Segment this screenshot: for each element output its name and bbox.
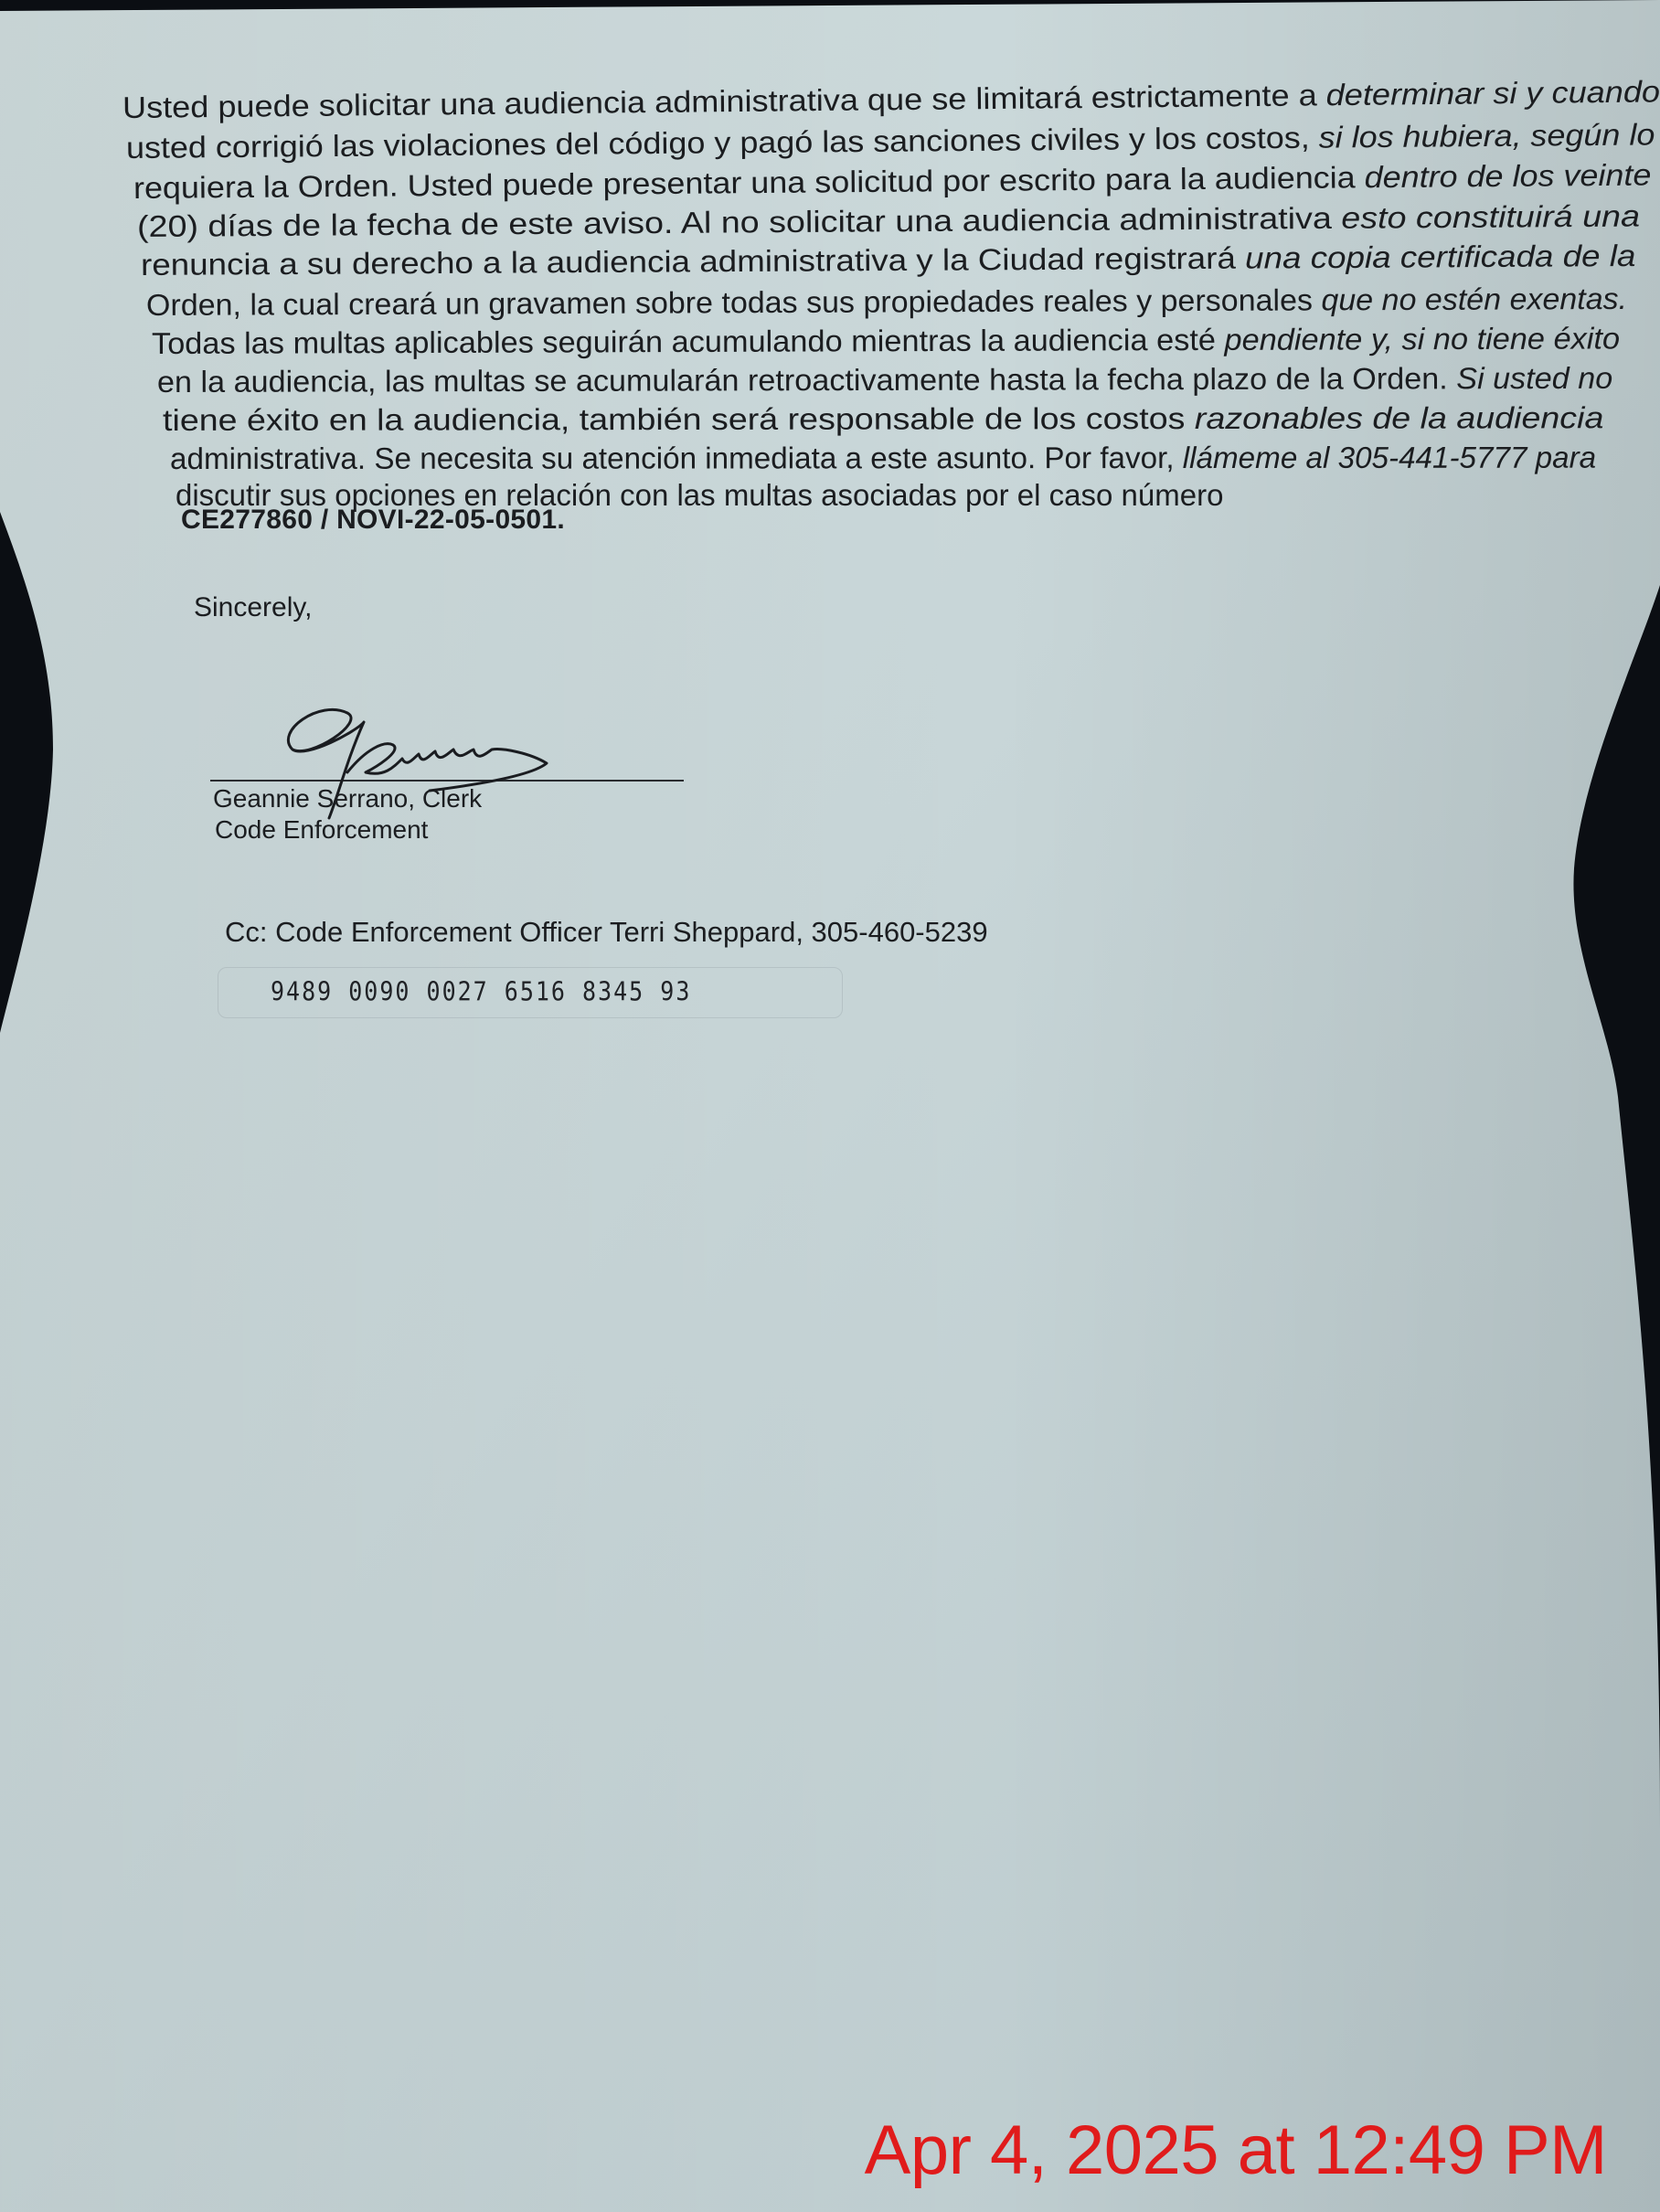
- paragraph-line: Todas las multas aplicables seguirán acu…: [152, 320, 1620, 362]
- paragraph-line: tiene éxito en la audiencia, también ser…: [163, 399, 1603, 439]
- paragraph-line: (20) días de la fecha de este aviso. Al …: [137, 198, 1640, 245]
- case-number: CE277860 / NOVI-22-05-0501.: [181, 505, 565, 536]
- paragraph-line: administrativa. Se necesita su atención …: [170, 440, 1596, 477]
- paragraph-line: renuncia a su derecho a la audiencia adm…: [141, 238, 1636, 283]
- photo-of-letter: Usted puede solicitar una audiencia admi…: [0, 0, 1660, 2212]
- mail-tracking-number: 9489 0090 0027 6516 8345 93: [271, 976, 691, 1006]
- cc-recipient: Cc: Code Enforcement Officer Terri Shepp…: [225, 916, 988, 949]
- paragraph-line: en la audiencia, las multas se acumulará…: [157, 360, 1612, 400]
- closing-salutation: Sincerely,: [194, 592, 313, 623]
- signatory-name: Geannie Serrano, Clerk: [213, 784, 482, 814]
- signatory-department: Code Enforcement: [215, 815, 428, 845]
- photo-timestamp: Apr 4, 2025 at 12:49 PM: [865, 2111, 1607, 2190]
- paragraph-line: Orden, la cual creará un gravamen sobre …: [146, 281, 1627, 324]
